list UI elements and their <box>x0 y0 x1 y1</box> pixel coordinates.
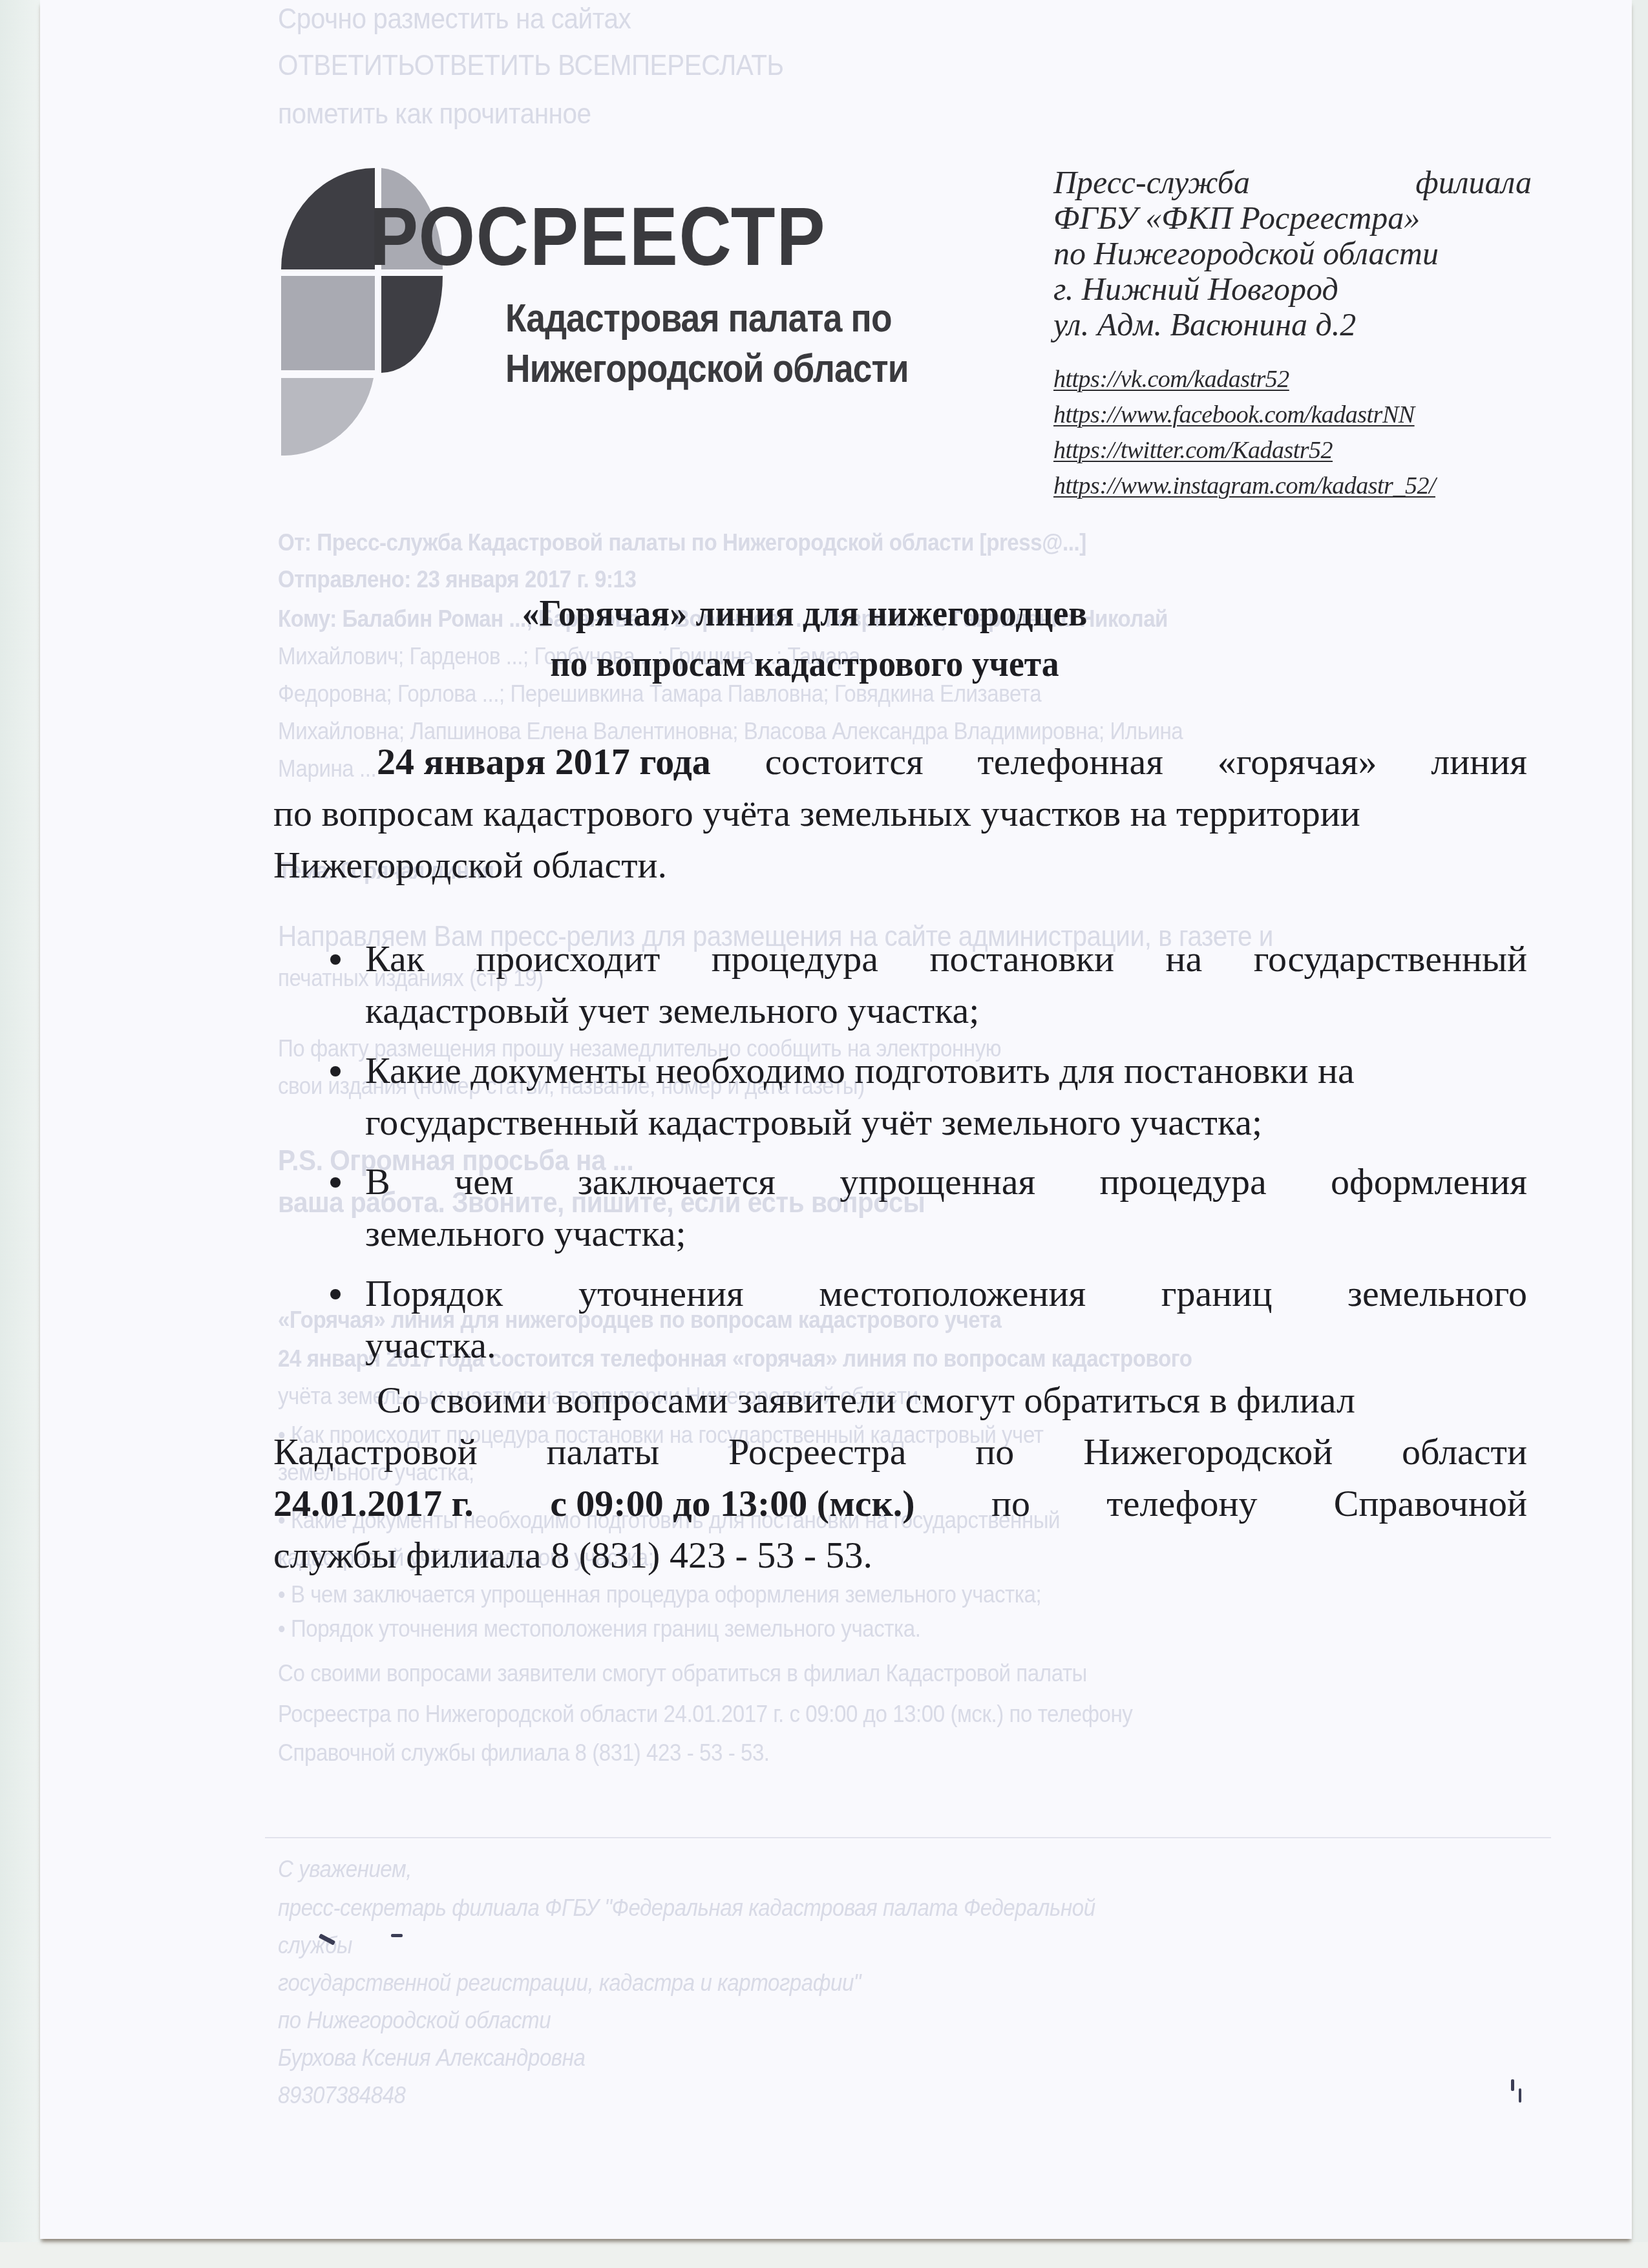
bleed-line: пресс-секретарь филиала ФГБУ "Федеральна… <box>278 1896 1095 1920</box>
link-vk[interactable]: https://vk.com/kadastr52 <box>1053 362 1435 397</box>
press-service-label: Пресс-служба <box>1053 165 1250 200</box>
bullet-icon <box>330 1289 341 1299</box>
scan-speck <box>391 1934 403 1937</box>
logo-wordmark: РОСРЕЕСТР <box>370 196 826 278</box>
bleed-line: Росреестра по Нижегородской области 24.0… <box>278 1703 1132 1726</box>
bleed-line: Срочно разместить на сайтах <box>278 5 631 34</box>
closing-line-1: Со своими вопросами заявители смогут обр… <box>273 1381 1631 1433</box>
bleed-line: 89307384848 <box>278 2084 406 2107</box>
social-links: https://vk.com/kadastr52 https://www.fac… <box>1053 362 1435 504</box>
link-instagram[interactable]: https://www.instagram.com/kadastr_52/ <box>1053 468 1435 504</box>
bullet-icon <box>330 1066 341 1076</box>
hotline-date: 24.01.2017 г. <box>273 1485 474 1537</box>
bleed-line: государственной регистрации, кадастра и … <box>278 1971 861 1995</box>
press-line-5: ул. Адм. Васюнина д.2 <box>1053 307 1532 342</box>
bleed-line: От: Пресс-служба Кадастровой палаты по Н… <box>278 531 1086 554</box>
bleed-line: Со своими вопросами заявители смогут обр… <box>278 1662 1087 1685</box>
press-line-2: ФГБУ «ФКП Росреестра» <box>1053 200 1532 236</box>
bleed-line: ОТВЕТИТЬОТВЕТИТЬ ВСЕМПЕРЕСЛАТЬ <box>278 52 784 80</box>
bullet-icon <box>330 954 341 965</box>
branch-label: филиала <box>1415 165 1532 200</box>
scanner-bed-strip <box>0 0 40 2268</box>
hotline-time: с 09:00 до 13:00 (мск.) <box>550 1485 915 1537</box>
bleed-line: • Порядок уточнения местоположения грани… <box>278 1617 920 1641</box>
press-service-block: Пресс-служба филиала ФГБУ «ФКП Росреестр… <box>1053 165 1532 342</box>
press-line-4: г. Нижний Новгород <box>1053 271 1532 307</box>
press-line-3: по Нижегородской области <box>1053 236 1532 271</box>
bleed-line: Бурхова Ксения Александровна <box>278 2046 585 2070</box>
press-release-title-line2: по вопросам кадастрового учета <box>14 646 1596 682</box>
scanner-bed-bottom <box>0 2242 1648 2268</box>
logo-subtitle-line1: Кадастровая палата по <box>505 299 892 339</box>
bleed-line: по Нижегородской области <box>278 2009 551 2032</box>
event-date: 24 января 2017 года <box>377 743 711 795</box>
bleed-line: Михайловна; Лапшинова Елена Валентиновна… <box>278 720 1183 743</box>
scan-speck <box>1511 2079 1514 2091</box>
scan-speck <box>1519 2088 1521 2103</box>
bleed-line: Федоровна; Горлова ...; Перешивкина Тама… <box>278 682 1041 706</box>
bleed-line: С уважением, <box>278 1858 412 1881</box>
intro-line-1: 24 января 2017 года состоится телефонная… <box>273 743 1527 795</box>
bleed-line: Отправлено: 23 января 2017 г. 9:13 <box>278 568 637 591</box>
closing-line-3: 24.01.2017 г. с 09:00 до 13:00 (мск.) по… <box>273 1485 1527 1537</box>
press-line-1: Пресс-служба филиала <box>1053 165 1532 200</box>
link-facebook[interactable]: https://www.facebook.com/kadastrNN <box>1053 397 1435 433</box>
bleed-divider <box>265 1837 1551 1838</box>
bullet-icon <box>330 1177 341 1188</box>
link-twitter[interactable]: https://twitter.com/Kadastr52 <box>1053 433 1435 468</box>
bleed-line: Справочной службы филиала 8 (831) 423 - … <box>278 1741 770 1765</box>
press-release-title-line1: «Горячая» линия для нижегородцев <box>14 596 1596 632</box>
bleed-line: службы <box>278 1934 352 1957</box>
hotline-phone: службы филиала 8 (831) 423 - 53 - 53. <box>273 1537 1527 1588</box>
intro-line-3: Нижегородской области. <box>273 846 1527 898</box>
intro-line-2: по вопросам кадастрового учёта земельных… <box>273 795 1527 846</box>
bleed-line: пометить как прочитанное <box>278 100 591 129</box>
logo-subtitle-line2: Нижегородской области <box>505 349 909 389</box>
closing-line-2: Кадастровой палаты Росреестра по Нижегор… <box>273 1433 1527 1485</box>
